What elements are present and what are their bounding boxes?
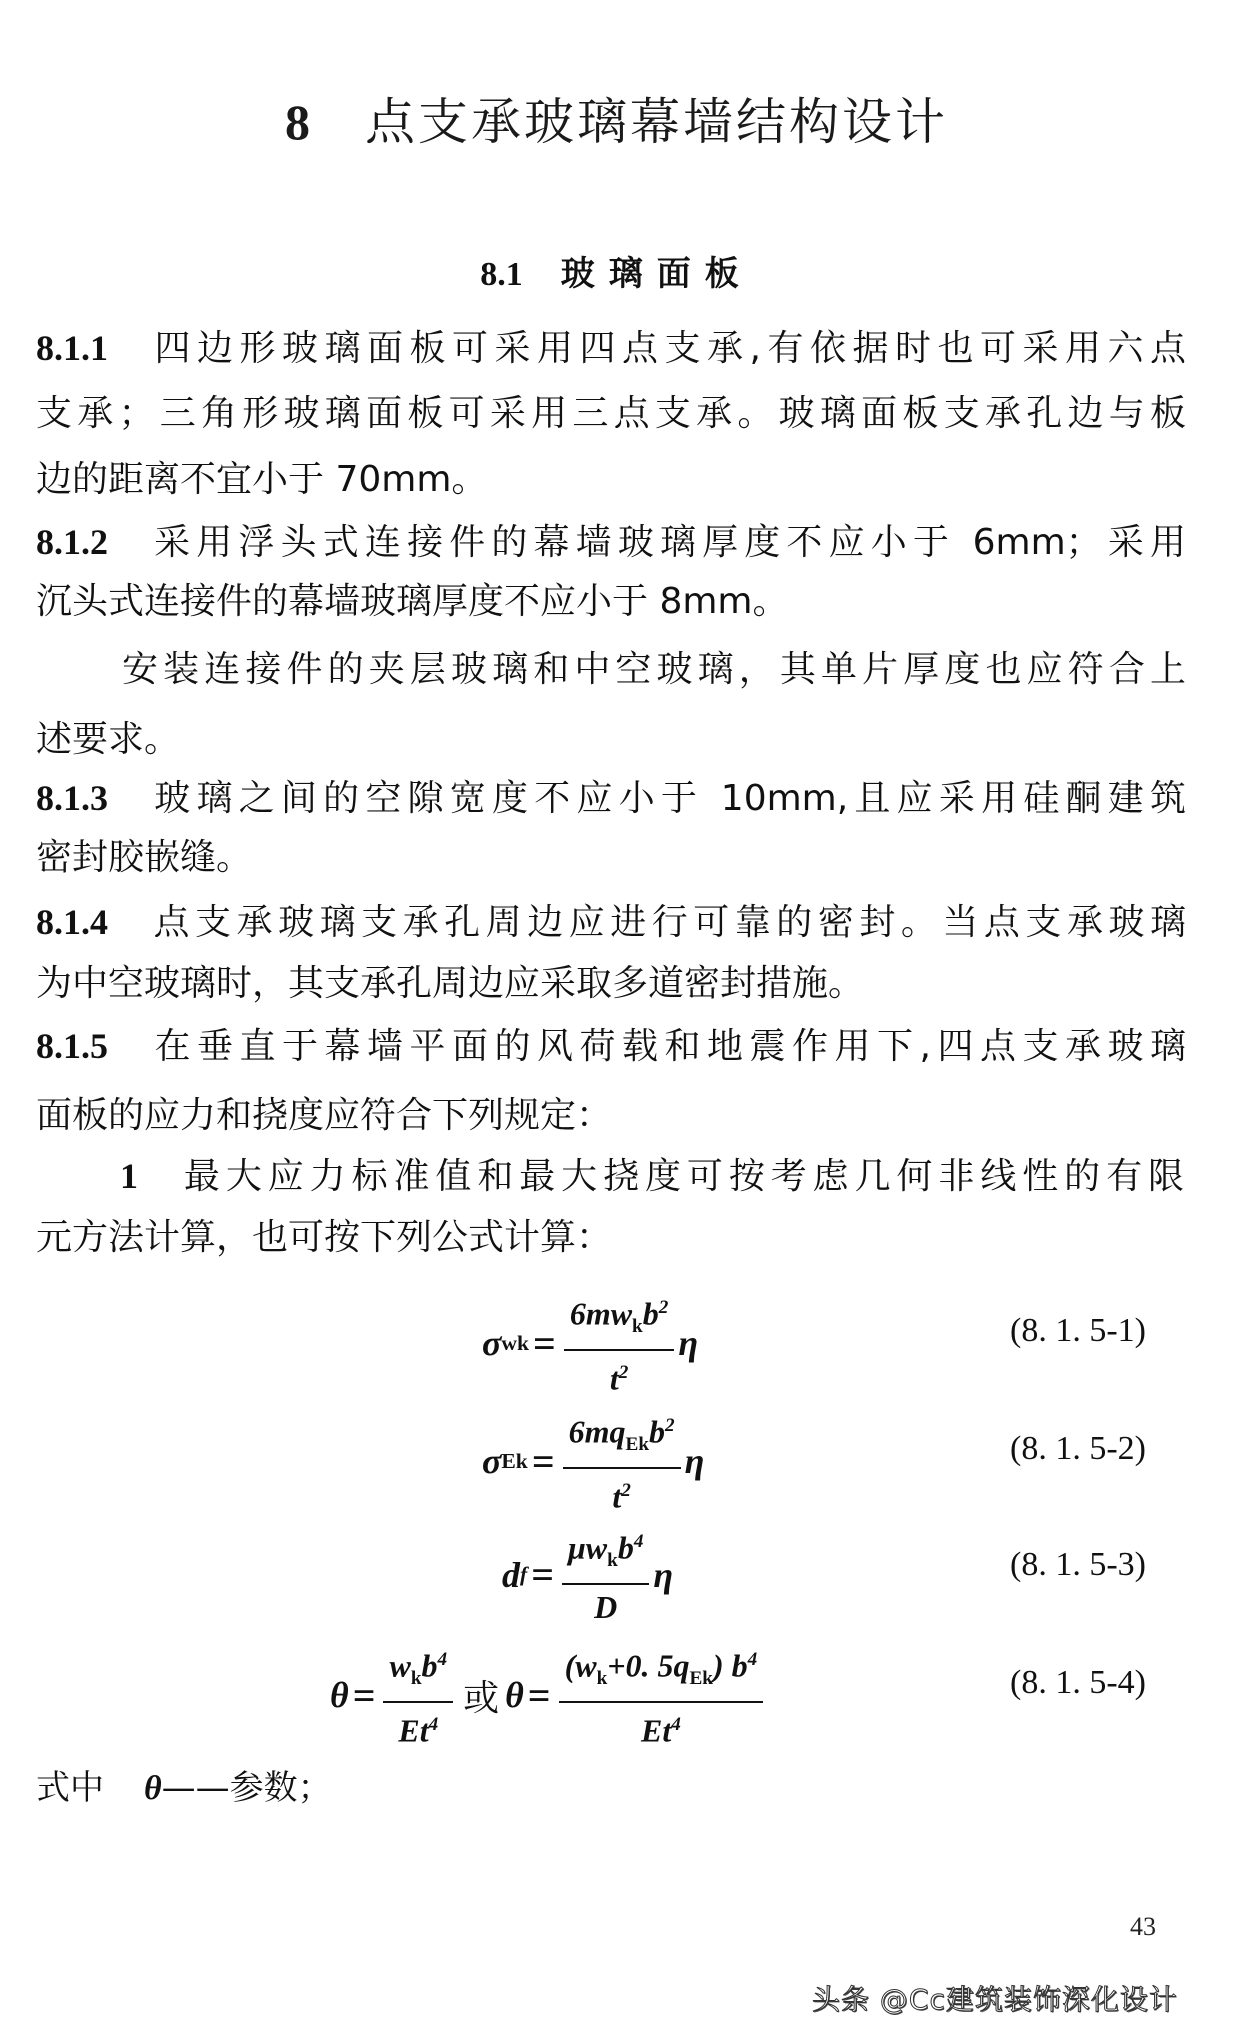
numerator-tail: b	[649, 1414, 665, 1450]
denominator-text: Et	[641, 1713, 671, 1749]
denominator: t2	[610, 1351, 628, 1399]
denominator-text: Et	[398, 1713, 428, 1749]
numerator-sub: Ek	[626, 1434, 649, 1455]
clause-8-1-4-line-2: 为中空玻璃时，其支承孔周边应采取多道密封措施。	[36, 962, 1186, 1006]
numerator-text: 6mw	[570, 1296, 632, 1332]
numerator-mid: +0. 5q	[607, 1648, 689, 1684]
numerator: 6mqEkb2	[563, 1406, 681, 1469]
denominator: D	[594, 1585, 617, 1627]
clause-8-1-5-line-1: 8.1.5在垂直于幕墙平面的风荷载和地震作用下,四点支承玻璃	[36, 1024, 1186, 1069]
section-number: 8.1	[480, 256, 523, 293]
numerator-text: w	[389, 1648, 410, 1684]
numerator-text: 6mq	[569, 1414, 626, 1450]
item-number: 1	[120, 1156, 138, 1196]
formula-8-1-5-2: σEk = 6mqEkb2 t2 η	[482, 1406, 704, 1517]
clause-number: 8.1.3	[36, 778, 108, 818]
clause-text: 玻璃之间的空隙宽度不应小于 10mm,且应采用硅酮建筑	[148, 778, 1186, 819]
where-description: 参数；	[230, 1768, 332, 1808]
clause-8-1-2-line-2: 沉头式连接件的幕墙玻璃厚度不应小于 8mm。	[36, 580, 1186, 624]
clause-text: 点支承玻璃支承孔周边应进行可靠的密封。当点支承玻璃	[148, 902, 1186, 943]
section-title-text: 玻璃面板	[561, 254, 753, 294]
where-symbol: θ	[144, 1770, 162, 1807]
denominator: Et4	[398, 1703, 438, 1751]
clause-8-1-4-line-1: 8.1.4点支承玻璃支承孔周边应进行可靠的密封。当点支承玻璃	[36, 900, 1186, 945]
equals-sign: =	[528, 1672, 551, 1719]
numerator-tail: b	[618, 1530, 634, 1566]
formula-lhs: σ	[482, 1440, 501, 1482]
item-text: 最大应力标准值和最大挠度可按考虑几何非线性的有限	[178, 1156, 1184, 1197]
section-title: 8.1玻璃面板	[0, 246, 1233, 295]
numerator-sup: 2	[659, 1297, 669, 1318]
denominator-sup: 4	[429, 1714, 439, 1735]
clause-8-1-2-para2-line-2: 述要求。	[36, 718, 1186, 762]
clause-text: 安装连接件的夹层玻璃和中空玻璃，其单片厚度也应符合上	[122, 649, 1186, 690]
clause-text: 支承；三角形玻璃面板可采用三点支承。玻璃面板支承孔边与板	[36, 393, 1186, 434]
clause-text: 在垂直于幕墙平面的风荷载和地震作用下,四点支承玻璃	[148, 1026, 1186, 1067]
clause-text: 沉头式连接件的幕墙玻璃厚度不应小于 8mm。	[36, 581, 789, 622]
numerator-sup: 4	[438, 1649, 448, 1670]
numerator-sup: 2	[665, 1415, 675, 1436]
numerator-sub: k	[607, 1550, 618, 1571]
clause-number: 8.1.2	[36, 522, 108, 562]
fraction: 6mwkb2 t2	[564, 1288, 675, 1399]
equation-number: (8. 1. 5-3)	[1010, 1546, 1146, 1584]
clause-text: 述要求。	[36, 719, 180, 760]
denominator-text: t	[612, 1479, 621, 1515]
formula-lhs-sub: f	[520, 1562, 527, 1587]
numerator-sup: 4	[634, 1531, 644, 1552]
clause-8-1-5-item-1-line-1: 1最大应力标准值和最大挠度可按考虑几何非线性的有限	[36, 1154, 1184, 1199]
where-label: 式中	[36, 1768, 104, 1808]
clause-8-1-1-line-1: 8.1.1四边形玻璃面板可采用四点支承,有依据时也可采用六点	[36, 326, 1186, 371]
formula-factor: η	[678, 1322, 698, 1364]
clause-text: 密封胶嵌缝。	[36, 837, 252, 878]
fraction: 6mqEkb2 t2	[563, 1406, 681, 1517]
clause-8-1-1-line-2: 支承；三角形玻璃面板可采用三点支承。玻璃面板支承孔边与板	[36, 392, 1186, 436]
fraction-a: wkb4 Et4	[383, 1640, 453, 1751]
clause-8-1-3-line-1: 8.1.3玻璃之间的空隙宽度不应小于 10mm,且应采用硅酮建筑	[36, 776, 1186, 821]
chapter-title-text: 点支承玻璃幕墙结构设计	[365, 93, 948, 151]
fraction: μwkb4 D	[562, 1522, 649, 1627]
equals-sign: =	[353, 1672, 376, 1719]
numerator-sub: k	[411, 1668, 422, 1689]
formula-factor: η	[653, 1554, 673, 1596]
clause-text: 面板的应力和挠度应符合下列规定：	[36, 1095, 612, 1136]
numerator: (wk+0. 5qEk) b4	[559, 1640, 764, 1703]
clause-number: 8.1.5	[36, 1026, 108, 1066]
item-text: 元方法计算，也可按下列公式计算：	[36, 1217, 612, 1258]
clause-8-1-3-line-2: 密封胶嵌缝。	[36, 836, 1186, 880]
numerator-tail: b	[643, 1296, 659, 1332]
clause-8-1-5-line-2: 面板的应力和挠度应符合下列规定：	[36, 1094, 1186, 1138]
formula-lhs: θ	[505, 1674, 524, 1716]
numerator-tail: b	[422, 1648, 438, 1684]
watermark: 头条 @Cc建筑装饰深化设计	[812, 1978, 1178, 2018]
clause-8-1-1-line-3: 边的距离不宜小于 70mm。	[36, 458, 1186, 502]
numerator: wkb4	[383, 1640, 453, 1703]
clause-8-1-2-para2-line-1: 安装连接件的夹层玻璃和中空玻璃，其单片厚度也应符合上	[36, 648, 1186, 692]
denominator: t2	[612, 1469, 630, 1517]
formula-factor: η	[685, 1440, 705, 1482]
clause-text: 四边形玻璃面板可采用四点支承,有依据时也可采用六点	[148, 328, 1186, 369]
clause-number: 8.1.1	[36, 328, 108, 368]
chapter-title: 8点支承玻璃幕墙结构设计	[0, 82, 1233, 154]
equation-number: (8. 1. 5-1)	[1010, 1312, 1146, 1350]
fraction-b: (wk+0. 5qEk) b4 Et4	[559, 1640, 764, 1751]
clause-text: 边的距离不宜小于 70mm。	[36, 459, 487, 500]
numerator: 6mwkb2	[564, 1288, 675, 1351]
numerator-close: ) b	[713, 1648, 748, 1684]
equals-sign: =	[533, 1320, 556, 1367]
denominator: Et4	[641, 1703, 681, 1751]
clause-8-1-5-item-1-line-2: 元方法计算，也可按下列公式计算：	[36, 1216, 1186, 1260]
formula-8-1-5-4: θ = wkb4 Et4 或 θ = (wk+0. 5qEk) b4 Et4	[330, 1640, 767, 1751]
denominator-sup: 2	[621, 1480, 631, 1501]
formula-lhs: θ	[330, 1674, 349, 1716]
where-dash: ——	[162, 1768, 230, 1808]
page-number: 43	[1130, 1912, 1156, 1942]
numerator-open: (w	[565, 1648, 597, 1684]
denominator-text: t	[610, 1361, 619, 1397]
chapter-number: 8	[285, 94, 313, 150]
denominator-sup: 4	[671, 1714, 681, 1735]
clause-8-1-2-line-1: 8.1.2采用浮头式连接件的幕墙玻璃厚度不应小于 6mm；采用	[36, 520, 1186, 565]
formula-lhs-sub: Ek	[501, 1449, 527, 1474]
numerator-sub: Ek	[690, 1668, 713, 1689]
numerator-sub: k	[632, 1316, 643, 1337]
equation-number: (8. 1. 5-4)	[1010, 1664, 1146, 1702]
where-clause: 式中θ——参数；	[36, 1760, 332, 1809]
equals-sign: =	[532, 1438, 555, 1485]
equation-number: (8. 1. 5-2)	[1010, 1430, 1146, 1468]
clause-text: 为中空玻璃时，其支承孔周边应采取多道密封措施。	[36, 963, 864, 1004]
numerator: μwkb4	[562, 1522, 649, 1585]
formula-lhs: σ	[482, 1322, 501, 1364]
formula-lhs: d	[502, 1554, 520, 1596]
formula-lhs-sub: wk	[501, 1331, 529, 1356]
numerator-sup: 4	[748, 1649, 758, 1670]
denominator-text: D	[594, 1589, 617, 1625]
clause-text: 采用浮头式连接件的幕墙玻璃厚度不应小于 6mm；采用	[148, 522, 1186, 563]
or-conjunction: 或	[463, 1670, 499, 1721]
formula-8-1-5-3: df = μwkb4 D η	[502, 1522, 673, 1627]
formula-8-1-5-1: σwk = 6mwkb2 t2 η	[482, 1288, 698, 1399]
equals-sign: =	[531, 1551, 554, 1598]
numerator-sub: k	[597, 1668, 608, 1689]
numerator-text: μw	[568, 1530, 607, 1566]
clause-number: 8.1.4	[36, 902, 108, 942]
denominator-sup: 2	[619, 1362, 629, 1383]
